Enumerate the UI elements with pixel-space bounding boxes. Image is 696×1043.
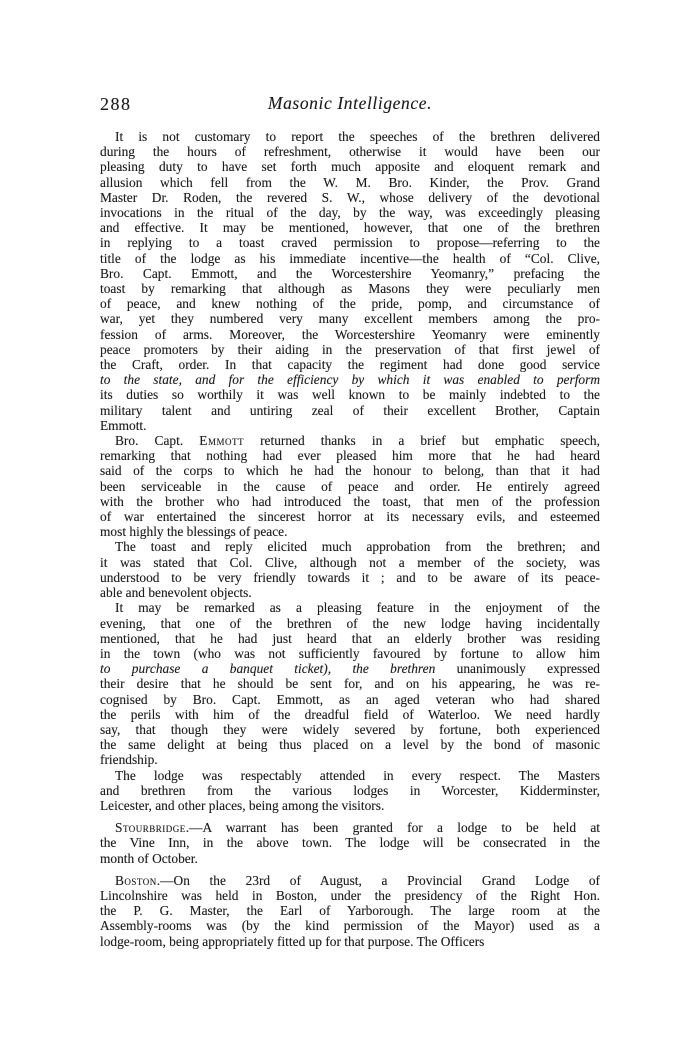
text-line: in the town (who was not sufficiently fa… (100, 646, 600, 661)
text-segment: during the hours of refreshment, otherwi… (100, 144, 600, 159)
paragraph-elderly-brother-anecdote: It may be remarked as a pleasing feature… (100, 600, 600, 767)
text-line: toast by remarking that although as Maso… (100, 281, 600, 296)
text-segment: Lincolnshire was held in Boston, under t… (100, 888, 600, 903)
text-segment: war, yet they numbered very many excelle… (100, 311, 600, 326)
text-segment: The toast and reply elicited much approb… (115, 539, 600, 554)
text-line: and effective. It may be mentioned, howe… (100, 220, 600, 235)
text-segment: unanimously expressed (435, 661, 600, 676)
text-line: friendship. (100, 752, 600, 767)
text-segment: Boston (115, 873, 157, 888)
text-segment: the same delight at being thus placed on… (100, 737, 600, 752)
text-segment: of peace, and knew nothing of the pride,… (100, 296, 600, 311)
text-segment: the P. G. Master, the Earl of Yarborough… (100, 903, 600, 918)
text-line: Emmott. (100, 418, 600, 433)
paragraph-boston-item: Boston.—On the 23rd of August, a Provinc… (100, 873, 600, 949)
text-line: able and benevolent objects. (100, 585, 600, 600)
text-segment: their desire that he should be sent for,… (100, 676, 600, 691)
text-line: fession of arms. Moreover, the Worcester… (100, 327, 600, 342)
text-segment: invocations in the ritual of the day, by… (100, 205, 600, 220)
text-line: the P. G. Master, the Earl of Yarborough… (100, 903, 600, 918)
text-segment: lodge-room, being appropriately fitted u… (100, 934, 484, 949)
text-line: Leicester, and other places, being among… (100, 798, 600, 813)
text-line: remarking that nothing had ever pleased … (100, 448, 600, 463)
text-segment: it was stated that Col. Clive, although … (100, 555, 600, 570)
text-segment: title of the lodge as his immediate ince… (100, 251, 600, 266)
text-line: to the state, and for the efficiency by … (100, 372, 600, 387)
paragraph-speeches-intro: It is not customary to report the speech… (100, 129, 600, 433)
text-segment: Emmott. (100, 418, 147, 433)
text-line: lodge-room, being appropriately fitted u… (100, 934, 600, 949)
text-segment: allusion which fell from the W. M. Bro. … (100, 175, 600, 190)
text-segment: friendship. (100, 752, 158, 767)
text-segment: cognised by Bro. Capt. Emmott, as an age… (100, 692, 600, 707)
text-line: the Craft, order. In that capacity the r… (100, 357, 600, 372)
text-line: month of October. (100, 851, 600, 866)
text-segment: It may be remarked as a pleasing feature… (115, 600, 600, 615)
text-line: it was stated that Col. Clive, although … (100, 555, 600, 570)
text-segment: Assembly-rooms was (by the kind permissi… (100, 918, 600, 933)
page-body: It is not customary to report the speech… (100, 129, 600, 949)
text-segment: to purchase a banquet ticket), the breth… (100, 661, 435, 676)
text-segment: and brethren from the various lodges in … (100, 783, 600, 798)
text-line: most highly the blessings of peace. (100, 524, 600, 539)
text-line: its duties so worthily it was well known… (100, 387, 600, 402)
text-line: with the brother who had introduced the … (100, 494, 600, 509)
text-segment: understood to be very friendly towards i… (100, 570, 600, 585)
text-line: mentioned, that he had just heard that a… (100, 631, 600, 646)
text-line: It is not customary to report the speech… (100, 129, 600, 144)
text-line: the perils with him of the dreadful fiel… (100, 707, 600, 722)
text-line: Lincolnshire was held in Boston, under t… (100, 888, 600, 903)
text-line: Stourbridge.—A warrant has been granted … (100, 820, 600, 835)
text-line: during the hours of refreshment, otherwi… (100, 144, 600, 159)
text-segment: Master Dr. Roden, the revered S. W., who… (100, 190, 600, 205)
text-segment: returned thanks in a brief but emphatic … (244, 433, 600, 448)
text-line: of war entertained the sincerest horror … (100, 509, 600, 524)
text-line: evening, that one of the brethren of the… (100, 616, 600, 631)
text-line: Bro. Capt. Emmott returned thanks in a b… (100, 433, 600, 448)
text-segment: .—On the 23rd of August, a Provincial Gr… (157, 873, 600, 888)
text-segment: pleasing duty to have set forth much app… (100, 159, 600, 174)
text-line: Master Dr. Roden, the revered S. W., who… (100, 190, 600, 205)
text-line: invocations in the ritual of the day, by… (100, 205, 600, 220)
text-segment: the Craft, order. In that capacity the r… (100, 357, 600, 372)
text-segment: in the town (who was not sufficiently fa… (100, 646, 600, 661)
text-segment: Bro. Capt. Emmott, and the Worcestershir… (100, 266, 600, 281)
text-segment: most highly the blessings of peace. (100, 524, 287, 539)
text-segment: peace promoters by their aiding in the p… (100, 342, 600, 357)
text-segment: in replying to a toast craved permission… (100, 235, 600, 250)
text-segment: been serviceable in the cause of peace a… (100, 479, 600, 494)
text-segment: The lodge was respectably attended in ev… (115, 768, 600, 783)
text-line: of peace, and knew nothing of the pride,… (100, 296, 600, 311)
paragraph-toast-approbation: The toast and reply elicited much approb… (100, 539, 600, 600)
text-line: title of the lodge as his immediate ince… (100, 251, 600, 266)
text-segment: of war entertained the sincerest horror … (100, 509, 600, 524)
text-segment: military talent and untiring zeal of the… (100, 403, 600, 418)
text-line: say, that though they were widely severe… (100, 722, 600, 737)
text-line: military talent and untiring zeal of the… (100, 403, 600, 418)
text-line: peace promoters by their aiding in the p… (100, 342, 600, 357)
text-segment: its duties so worthily it was well known… (100, 387, 600, 402)
text-line: the same delight at being thus placed on… (100, 737, 600, 752)
text-segment: It is not customary to report the speech… (115, 129, 600, 144)
text-segment: month of October. (100, 851, 198, 866)
text-segment: the Vine Inn, in the above town. The lod… (100, 835, 600, 850)
text-line: cognised by Bro. Capt. Emmott, as an age… (100, 692, 600, 707)
text-line: been serviceable in the cause of peace a… (100, 479, 600, 494)
text-line: allusion which fell from the W. M. Bro. … (100, 175, 600, 190)
text-segment: say, that though they were widely severe… (100, 722, 600, 737)
text-segment: and effective. It may be mentioned, howe… (100, 220, 600, 235)
text-line: Assembly-rooms was (by the kind permissi… (100, 918, 600, 933)
text-segment: toast by remarking that although as Maso… (100, 281, 600, 296)
text-line: said of the corps to which he had the ho… (100, 463, 600, 478)
page-header: 288 Masonic Intelligence. (100, 93, 600, 119)
text-segment: evening, that one of the brethren of the… (100, 616, 600, 631)
text-line: pleasing duty to have set forth much app… (100, 159, 600, 174)
text-line: and brethren from the various lodges in … (100, 783, 600, 798)
text-segment: to the state, and for the efficiency by … (100, 372, 600, 387)
running-title: Masonic Intelligence. (100, 93, 600, 114)
text-segment: Stourbridge (115, 820, 186, 835)
text-line: understood to be very friendly towards i… (100, 570, 600, 585)
text-line: to purchase a banquet ticket), the breth… (100, 661, 600, 676)
text-segment: Emmott (199, 433, 244, 448)
text-line: in replying to a toast craved permission… (100, 235, 600, 250)
text-segment: remarking that nothing had ever pleased … (100, 448, 600, 463)
text-line: The lodge was respectably attended in ev… (100, 768, 600, 783)
text-segment: said of the corps to which he had the ho… (100, 463, 600, 478)
text-segment: fession of arms. Moreover, the Worcester… (100, 327, 600, 342)
text-line: war, yet they numbered very many excelle… (100, 311, 600, 326)
text-line: Bro. Capt. Emmott, and the Worcestershir… (100, 266, 600, 281)
text-segment: mentioned, that he had just heard that a… (100, 631, 600, 646)
text-segment: .—A warrant has been granted for a lodge… (186, 820, 600, 835)
text-line: the Vine Inn, in the above town. The lod… (100, 835, 600, 850)
paragraph-emmott-reply: Bro. Capt. Emmott returned thanks in a b… (100, 433, 600, 539)
text-line: It may be remarked as a pleasing feature… (100, 600, 600, 615)
text-line: The toast and reply elicited much approb… (100, 539, 600, 554)
scanned-document-page: 288 Masonic Intelligence. It is not cust… (0, 0, 696, 1043)
text-segment: the perils with him of the dreadful fiel… (100, 707, 600, 722)
text-segment: with the brother who had introduced the … (100, 494, 600, 509)
text-line: Boston.—On the 23rd of August, a Provinc… (100, 873, 600, 888)
text-segment: Leicester, and other places, being among… (100, 798, 384, 813)
text-line: their desire that he should be sent for,… (100, 676, 600, 691)
text-segment: Bro. Capt. (115, 433, 199, 448)
paragraph-stourbridge-item: Stourbridge.—A warrant has been granted … (100, 820, 600, 866)
text-segment: able and benevolent objects. (100, 585, 252, 600)
paragraph-attendance: The lodge was respectably attended in ev… (100, 768, 600, 814)
